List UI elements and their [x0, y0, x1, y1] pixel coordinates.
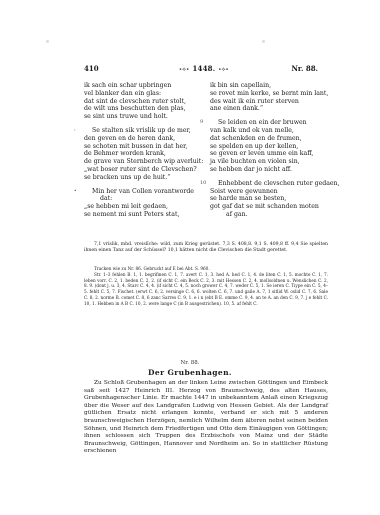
- verse-line: Se leiden en ein der bruwen: [210, 119, 328, 127]
- notes-text: 7,1 vrislik, mhd. vreislîche: wild, zum …: [84, 242, 328, 254]
- stanza-number: ∙: [74, 188, 76, 196]
- verse-line: dat sint de clevschen ruter stolt,: [84, 98, 204, 106]
- variants-readings: Str. 1–3 fehlen B. 1, 1. begrifinen C. 1…: [84, 272, 328, 307]
- verse-line: ja vile buchten en violen sin,: [210, 158, 328, 166]
- verse-line: de Behmer worden krank,: [84, 150, 204, 158]
- verse-line: Soist were gewunnen: [210, 188, 328, 196]
- stanza: : Se stalten sik vrislik up de mer, den …: [84, 127, 204, 182]
- running-header: 410 ∙⟡∙1448.∙⟡∙ Nr. 88.: [84, 64, 318, 76]
- stanza-number: 10: [200, 180, 206, 188]
- song-number: Nr. 88.: [292, 64, 319, 73]
- verse-line: van kalk und ok van melle,: [210, 127, 328, 135]
- ornament-left-icon: ∙⟡∙: [179, 66, 189, 73]
- verse-line: des wait ik ein ruter sterven: [210, 98, 328, 106]
- verse-line: got gaf dat se mit schanden moten: [210, 203, 328, 211]
- verse-line: Se stalten sik vrislik up de mer,: [84, 127, 204, 135]
- verse-line: „wat boser ruter sint de Clevschen?: [84, 166, 204, 174]
- scan-speck: [262, 40, 265, 43]
- section-title: Der Grubenhagen.: [0, 368, 380, 377]
- stanza: 10 Enhebbent de clevschen ruter gedaen, …: [210, 180, 328, 219]
- verse-line: ane einen dank.“: [210, 105, 328, 113]
- verse-line: ik sach ein schar upbringen: [84, 82, 204, 90]
- stanza-number: 9: [200, 119, 203, 127]
- scan-speck: [46, 40, 49, 43]
- verse-line: se geven er leven umme ein kaff,: [210, 150, 328, 158]
- verse-line: se hebben dar jo nicht aff.: [210, 166, 328, 174]
- verse-line: den geven en de heren dank,: [84, 135, 204, 143]
- ornament-right-icon: ∙⟡∙: [218, 66, 228, 73]
- stanza: ik sach ein schar upbringen vel blanker …: [84, 82, 204, 121]
- stanza: ∙ Min her van Collen vorantworde dat: „s…: [84, 188, 204, 219]
- verse-line: se bracken uns up de huit.“: [84, 174, 204, 182]
- verse-line: se rovet min kerke, se bernt min lant,: [210, 90, 328, 98]
- verse-line: ik bin sin capellain,: [210, 82, 328, 90]
- verse-line: vel blanker dan ein glas:: [84, 90, 204, 98]
- verse-line: dat:: [84, 195, 204, 203]
- header-year: ∙⟡∙1448.∙⟡∙: [176, 64, 232, 74]
- verse-line: se harde man se besten,: [210, 195, 328, 203]
- intro-paragraph: Zu Schloß Grubenhagen an der linken Lein…: [84, 380, 328, 456]
- section-number: Nr. 88.: [0, 360, 380, 366]
- verse-line: se schoten mit bussen in dat her,: [84, 143, 204, 151]
- verse-line: af gan.: [210, 211, 328, 219]
- year-text: 1448.: [192, 64, 215, 73]
- verse-line: se spelden en up der kellen,: [210, 143, 328, 151]
- verse-line: de wilt uns beschutten den plas,: [84, 105, 204, 113]
- stanza: 9 Se leiden en ein der bruwen van kalk u…: [210, 119, 328, 174]
- verse-line: „se hebben mi leit gedaen,: [84, 203, 204, 211]
- stanza: ik bin sin capellain, se rovet min kerke…: [210, 82, 328, 113]
- document-page: 410 ∙⟡∙1448.∙⟡∙ Nr. 88. ik sach ein scha…: [0, 0, 380, 515]
- intro-text: Zu Schloß Grubenhagen an der linken Lein…: [84, 380, 328, 456]
- verse-line: Min her van Collen vorantworde: [84, 188, 204, 196]
- explanatory-notes: 7,1 vrislik, mhd. vreislîche: wild, zum …: [84, 242, 328, 254]
- verse-line: Enhebbent de clevschen ruter gedaen,: [210, 180, 328, 188]
- verse-line: se sint uns truwe und holt.: [84, 113, 204, 121]
- left-verse-column: ik sach ein schar upbringen vel blanker …: [84, 82, 204, 225]
- verse-line: de grave van Sternberch wip averluit:: [84, 158, 204, 166]
- verse-line: se nement mi sunt Peters stat,: [84, 211, 204, 219]
- right-verse-column: ik bin sin capellain, se rovet min kerke…: [210, 82, 328, 225]
- textual-variants: Tracken wie zu Nr. 86. Gebruckt auf E be…: [84, 266, 328, 307]
- verse-line: dat schenkden en de frumen,: [210, 135, 328, 143]
- stanza-number: :: [74, 127, 76, 135]
- page-number: 410: [84, 64, 99, 73]
